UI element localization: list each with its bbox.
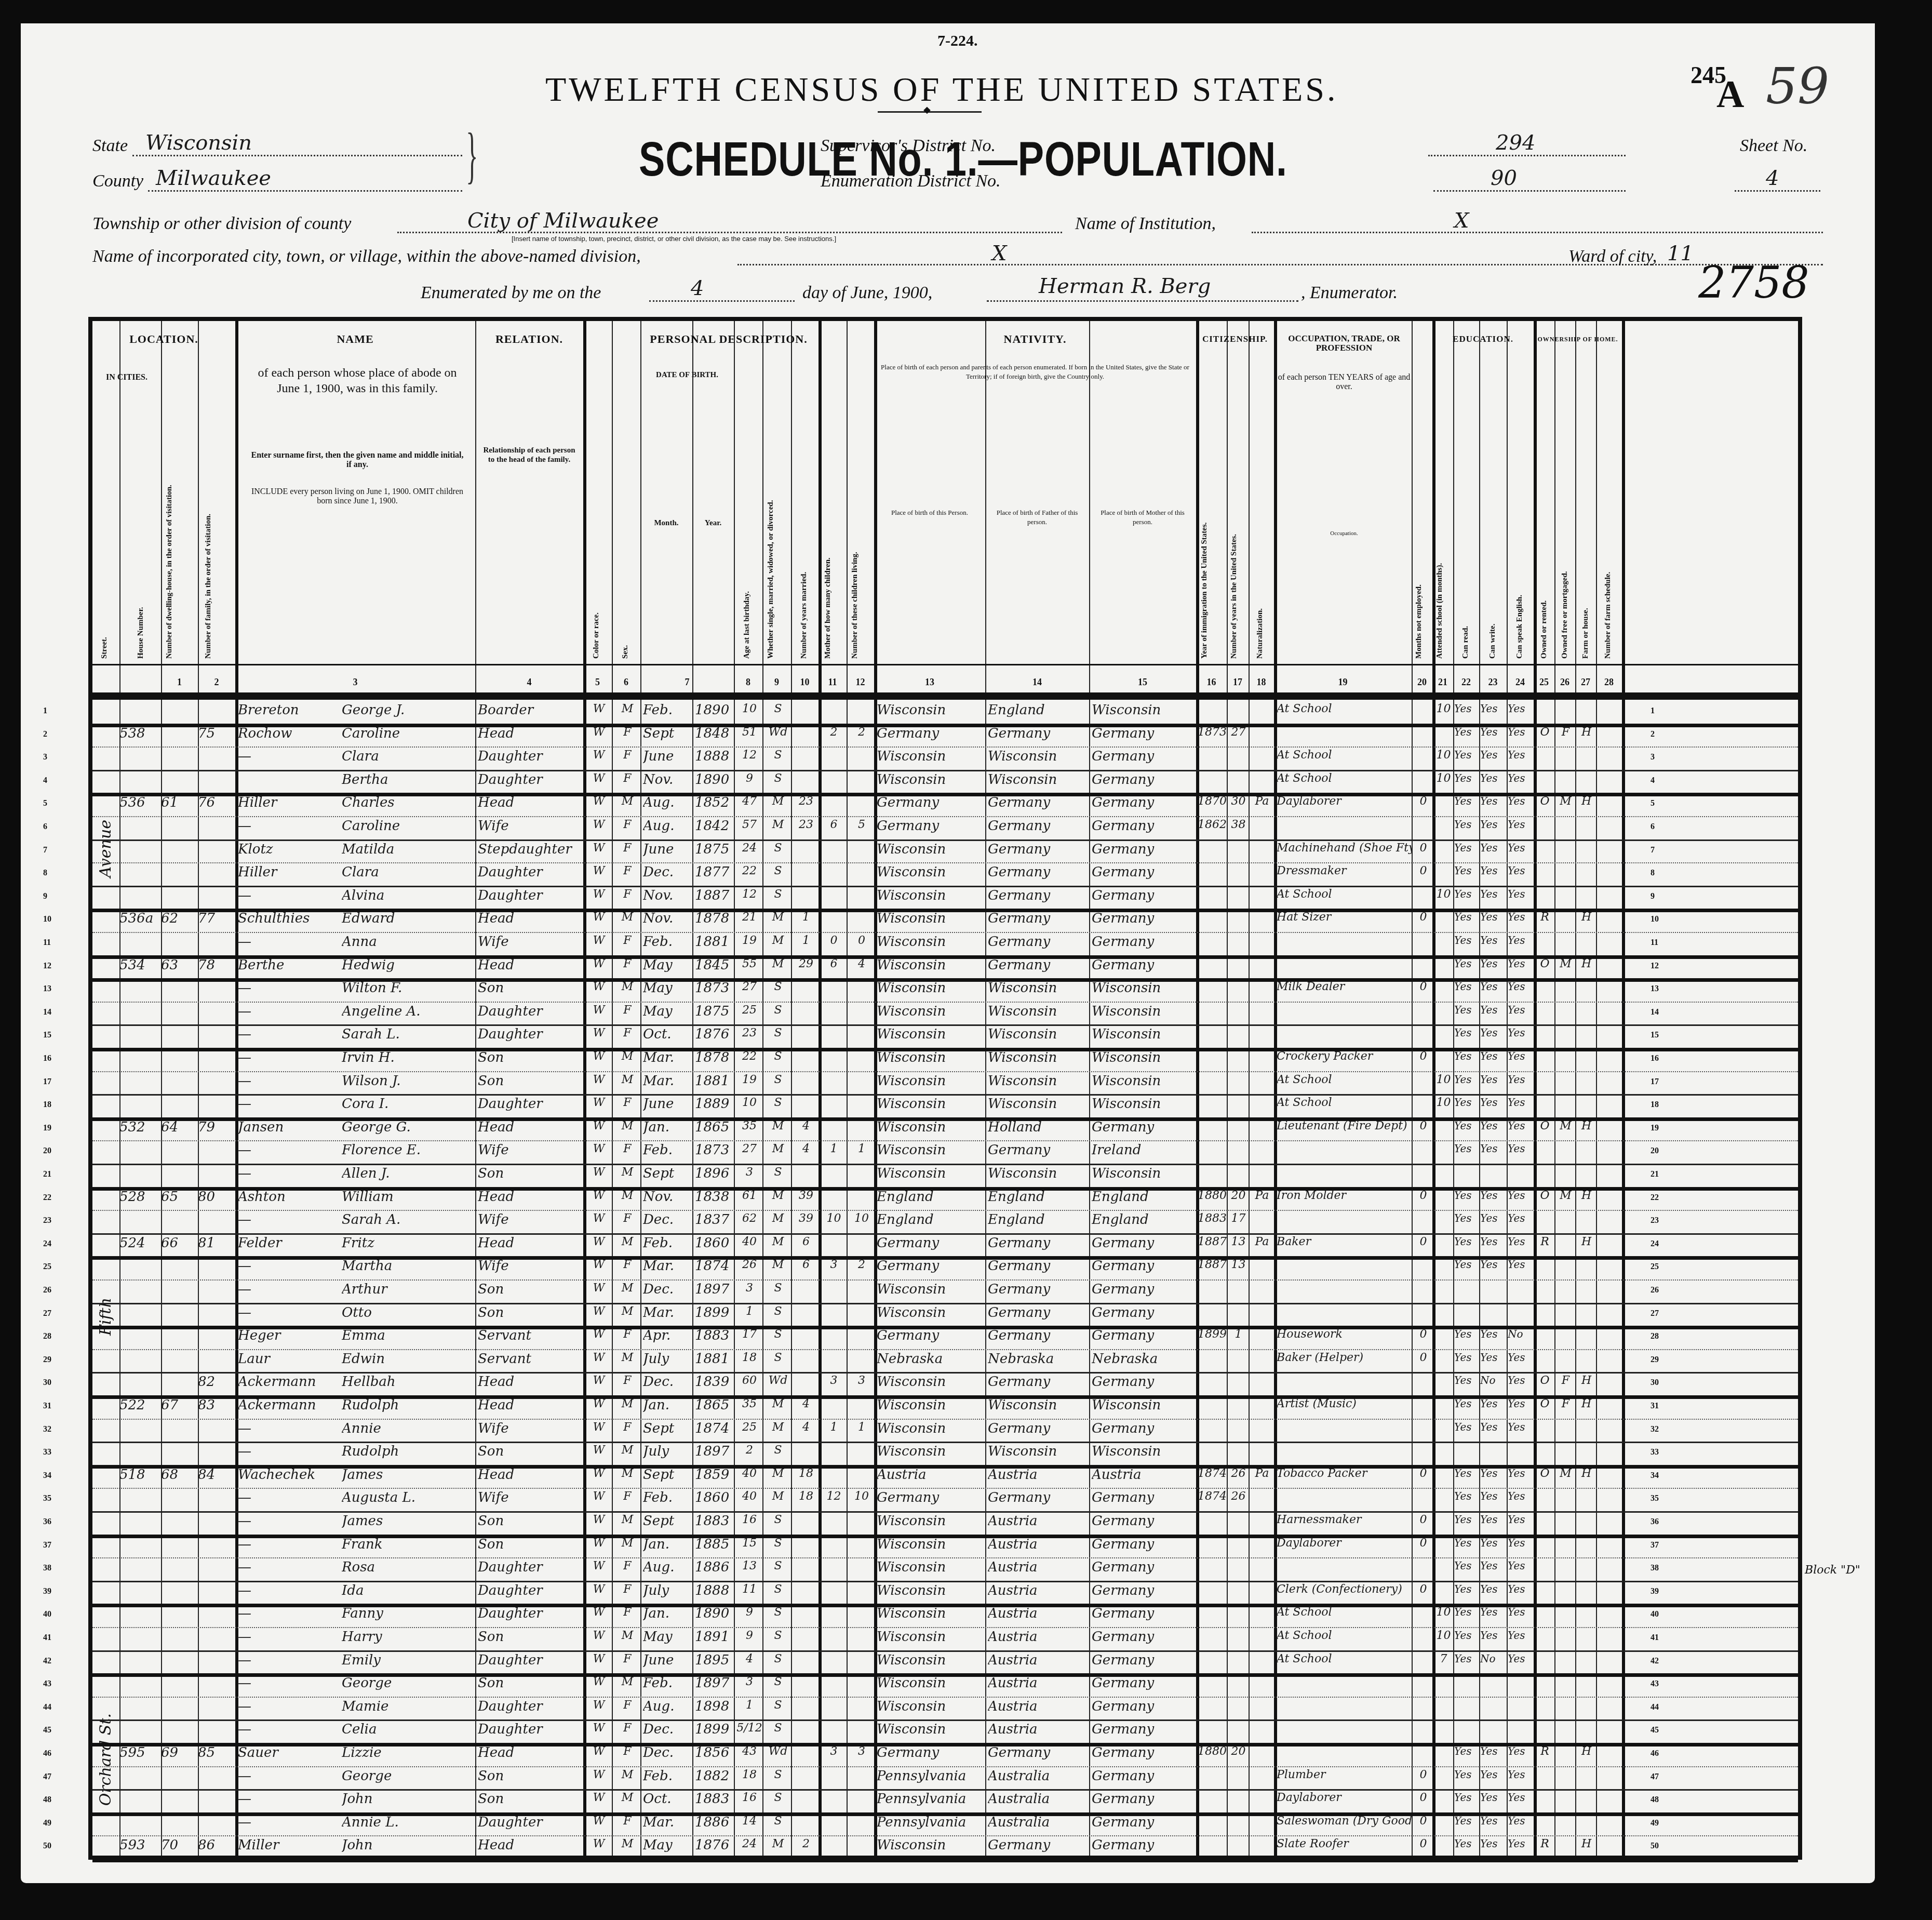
cell-pobm[interactable]: Germany xyxy=(1092,1791,1196,1807)
state-field[interactable]: Wisconsin xyxy=(145,131,252,155)
cell-mc[interactable]: 6 xyxy=(821,957,847,970)
cell-age[interactable]: 24 xyxy=(736,1837,762,1850)
cell-pobf[interactable]: Austria xyxy=(988,1537,1089,1552)
cell-farm[interactable]: H xyxy=(1577,957,1596,970)
cell-mar[interactable]: S xyxy=(765,1328,791,1341)
cell-own[interactable]: R xyxy=(1535,911,1554,924)
cell-year[interactable]: 1881 xyxy=(695,934,734,950)
cell-surname[interactable]: — xyxy=(238,1768,342,1784)
cell-wr[interactable]: Yes xyxy=(1480,772,1507,784)
cell-age[interactable]: 16 xyxy=(736,1513,762,1526)
cell-rel[interactable]: Head xyxy=(478,1467,583,1483)
cell-pobm[interactable]: Germany xyxy=(1092,1258,1196,1274)
cell-pobm[interactable]: Ireland xyxy=(1092,1142,1196,1158)
cell-rel[interactable]: Daughter xyxy=(478,1583,583,1598)
cell-age[interactable]: 35 xyxy=(736,1119,762,1132)
cell-age[interactable]: 12 xyxy=(736,749,762,762)
cell-sex[interactable]: M xyxy=(614,1537,640,1550)
cell-pob[interactable]: Wisconsin xyxy=(877,1699,985,1714)
sheet-field[interactable]: 4 xyxy=(1766,166,1779,190)
cell-wr[interactable]: Yes xyxy=(1480,1073,1507,1086)
cell-mar[interactable]: M xyxy=(765,957,791,970)
cell-surname[interactable]: — xyxy=(238,1305,342,1321)
cell-age[interactable]: 10 xyxy=(736,702,762,715)
cell-pobm[interactable]: Germany xyxy=(1092,888,1196,903)
enumerated-day-field[interactable]: 4 xyxy=(691,276,704,300)
cell-dw[interactable]: 62 xyxy=(161,911,198,926)
cell-farm[interactable]: H xyxy=(1577,1837,1596,1850)
cell-month[interactable]: Sept xyxy=(643,1513,692,1529)
cell-age[interactable]: 4 xyxy=(736,1652,762,1665)
cell-sex[interactable]: F xyxy=(614,1004,640,1017)
cell-color[interactable]: W xyxy=(586,1490,612,1503)
cell-surname[interactable]: — xyxy=(238,1212,342,1228)
cell-wr[interactable]: Yes xyxy=(1480,1026,1507,1039)
cell-rd[interactable]: Yes xyxy=(1454,1258,1479,1271)
cell-pobf[interactable]: Germany xyxy=(988,911,1089,926)
cell-occ[interactable]: Daylaborer xyxy=(1277,1791,1412,1804)
cell-pob[interactable]: Wisconsin xyxy=(877,1513,985,1529)
cell-pobf[interactable]: Germany xyxy=(988,1328,1089,1343)
cell-given[interactable]: John xyxy=(342,1791,475,1807)
township-field[interactable]: City of Milwaukee xyxy=(467,209,659,233)
cell-unemp[interactable]: 0 xyxy=(1414,1791,1432,1804)
cell-ym[interactable]: 2 xyxy=(794,1837,819,1850)
cell-pobf[interactable]: Germany xyxy=(988,842,1089,857)
cell-wr[interactable]: Yes xyxy=(1480,1467,1507,1479)
cell-own[interactable]: O xyxy=(1535,1397,1554,1410)
cell-fam[interactable]: 82 xyxy=(198,1374,235,1390)
cell-given[interactable]: Augusta L. xyxy=(342,1490,475,1505)
cell-wr[interactable]: Yes xyxy=(1480,1351,1507,1364)
cell-pobf[interactable]: Germany xyxy=(988,1258,1089,1274)
cell-given[interactable]: Annie xyxy=(342,1421,475,1436)
cell-rd[interactable]: Yes xyxy=(1454,1397,1479,1410)
cell-age[interactable]: 18 xyxy=(736,1351,762,1364)
cell-month[interactable]: May xyxy=(643,1837,692,1853)
cell-pobf[interactable]: Germany xyxy=(988,818,1089,834)
cell-rel[interactable]: Head xyxy=(478,1374,583,1390)
cell-surname[interactable]: — xyxy=(238,1444,342,1459)
cell-year[interactable]: 1886 xyxy=(695,1815,734,1830)
cell-wr[interactable]: No xyxy=(1480,1652,1507,1665)
cell-month[interactable]: Apr. xyxy=(643,1328,692,1343)
cell-wr[interactable]: Yes xyxy=(1480,702,1507,715)
cell-unemp[interactable]: 0 xyxy=(1414,1235,1432,1248)
cell-en[interactable]: Yes xyxy=(1508,1768,1534,1781)
cell-pobf[interactable]: Nebraska xyxy=(988,1351,1089,1367)
cell-month[interactable]: Feb. xyxy=(643,1675,692,1691)
cell-occ[interactable]: Iron Molder xyxy=(1277,1189,1412,1202)
cell-pobf[interactable]: Germany xyxy=(988,934,1089,950)
cell-rd[interactable]: Yes xyxy=(1454,818,1479,831)
cell-given[interactable]: Clara xyxy=(342,864,475,880)
cell-given[interactable]: George J. xyxy=(342,702,475,718)
cell-pobm[interactable]: Austria xyxy=(1092,1467,1196,1483)
cell-rel[interactable]: Head xyxy=(478,1189,583,1205)
cell-surname[interactable]: — xyxy=(238,1791,342,1807)
cell-mar[interactable]: M xyxy=(765,934,791,947)
cell-surname[interactable]: Jansen xyxy=(238,1119,342,1135)
cell-rd[interactable]: Yes xyxy=(1454,1096,1479,1109)
cell-dw[interactable]: 69 xyxy=(161,1745,198,1761)
cell-month[interactable]: July xyxy=(643,1583,692,1598)
cell-wr[interactable]: Yes xyxy=(1480,1328,1507,1340)
cell-given[interactable]: Emma xyxy=(342,1328,475,1343)
cell-sex[interactable]: M xyxy=(614,1768,640,1781)
cell-sex[interactable]: F xyxy=(614,1328,640,1341)
cell-color[interactable]: W xyxy=(586,1282,612,1295)
cell-rel[interactable]: Son xyxy=(478,1768,583,1784)
cell-rel[interactable]: Head xyxy=(478,795,583,810)
cell-wr[interactable]: Yes xyxy=(1480,1142,1507,1155)
cell-unemp[interactable]: 0 xyxy=(1414,1351,1432,1364)
cell-pobm[interactable]: Wisconsin xyxy=(1092,702,1196,718)
cell-imm[interactable]: 1887 xyxy=(1198,1235,1227,1248)
cell-surname[interactable]: — xyxy=(238,1699,342,1714)
cell-mc[interactable]: 0 xyxy=(821,934,847,947)
cell-cl[interactable]: 0 xyxy=(849,934,874,947)
cell-unemp[interactable]: 0 xyxy=(1414,1768,1432,1781)
cell-color[interactable]: W xyxy=(586,1397,612,1410)
cell-month[interactable]: Feb. xyxy=(643,1142,692,1158)
cell-rd[interactable]: Yes xyxy=(1454,1791,1479,1804)
cell-house[interactable]: 595 xyxy=(119,1745,161,1761)
cell-given[interactable]: Florence E. xyxy=(342,1142,475,1158)
cell-wr[interactable]: Yes xyxy=(1480,980,1507,993)
cell-rel[interactable]: Wife xyxy=(478,1212,583,1228)
cell-year[interactable]: 1881 xyxy=(695,1073,734,1089)
cell-ym[interactable]: 1 xyxy=(794,911,819,924)
cell-color[interactable]: W xyxy=(586,1444,612,1457)
cell-surname[interactable]: — xyxy=(238,1652,342,1668)
cell-pobf[interactable]: Wisconsin xyxy=(988,772,1089,788)
cell-occ[interactable]: Tobacco Packer xyxy=(1277,1467,1412,1480)
cell-en[interactable]: Yes xyxy=(1508,911,1534,923)
cell-month[interactable]: Dec. xyxy=(643,864,692,880)
cell-pob[interactable]: Wisconsin xyxy=(877,1305,985,1321)
cell-color[interactable]: W xyxy=(586,1305,612,1318)
cell-pob[interactable]: Pennsylvania xyxy=(877,1791,985,1807)
cell-en[interactable]: Yes xyxy=(1508,1096,1534,1109)
cell-month[interactable]: June xyxy=(643,749,692,764)
cell-wr[interactable]: Yes xyxy=(1480,1004,1507,1016)
cell-dw[interactable]: 61 xyxy=(161,795,198,810)
cell-color[interactable]: W xyxy=(586,1258,612,1271)
cell-rd[interactable]: Yes xyxy=(1454,1768,1479,1781)
cell-house[interactable]: 538 xyxy=(119,726,161,741)
cell-en[interactable]: Yes xyxy=(1508,1374,1534,1386)
cell-imm[interactable]: 1862 xyxy=(1198,818,1227,831)
cell-month[interactable]: Oct. xyxy=(643,1791,692,1807)
cell-rel[interactable]: Son xyxy=(478,1166,583,1181)
cell-fam[interactable]: 77 xyxy=(198,911,235,926)
cell-own[interactable]: O xyxy=(1535,1119,1554,1132)
cell-mar[interactable]: M xyxy=(765,911,791,924)
cell-pobm[interactable]: Wisconsin xyxy=(1092,980,1196,996)
cell-given[interactable]: George xyxy=(342,1675,475,1691)
cell-year[interactable]: 1881 xyxy=(695,1351,734,1367)
cell-ym[interactable]: 18 xyxy=(794,1490,819,1503)
cell-pobm[interactable]: Germany xyxy=(1092,842,1196,857)
cell-surname[interactable]: — xyxy=(238,1537,342,1552)
cell-mar[interactable]: S xyxy=(765,1513,791,1526)
cell-month[interactable]: June xyxy=(643,1652,692,1668)
cell-mar[interactable]: M xyxy=(765,1258,791,1271)
cell-given[interactable]: Arthur xyxy=(342,1282,475,1297)
cell-sex[interactable]: M xyxy=(614,795,640,808)
cell-sex[interactable]: F xyxy=(614,818,640,831)
cell-pobm[interactable]: Germany xyxy=(1092,1815,1196,1830)
cell-pobf[interactable]: Austria xyxy=(988,1559,1089,1575)
cell-sex[interactable]: F xyxy=(614,1096,640,1109)
cell-farm[interactable]: H xyxy=(1577,1745,1596,1758)
cell-occ[interactable]: Dressmaker xyxy=(1277,864,1412,877)
cell-age[interactable]: 2 xyxy=(736,1444,762,1457)
cell-rd[interactable]: Yes xyxy=(1454,864,1479,877)
cell-en[interactable]: Yes xyxy=(1508,1050,1534,1062)
cell-pobm[interactable]: Germany xyxy=(1092,934,1196,950)
cell-sex[interactable]: M xyxy=(614,702,640,715)
cell-fam[interactable]: 85 xyxy=(198,1745,235,1761)
cell-year[interactable]: 1888 xyxy=(695,1583,734,1598)
cell-year[interactable]: 1860 xyxy=(695,1235,734,1251)
cell-en[interactable]: Yes xyxy=(1508,1815,1534,1827)
cell-surname[interactable]: Rochow xyxy=(238,726,342,741)
cell-pobm[interactable]: Germany xyxy=(1092,749,1196,764)
cell-occ[interactable]: Artist (Music) xyxy=(1277,1397,1412,1410)
cell-dw[interactable]: 66 xyxy=(161,1235,198,1251)
cell-mar[interactable]: M xyxy=(765,1837,791,1850)
cell-color[interactable]: W xyxy=(586,772,612,785)
cell-month[interactable]: Sept xyxy=(643,726,692,741)
cell-color[interactable]: W xyxy=(586,1026,612,1039)
cell-surname[interactable]: — xyxy=(238,1513,342,1529)
cell-color[interactable]: W xyxy=(586,1722,612,1735)
cell-sex[interactable]: M xyxy=(614,1305,640,1318)
cell-age[interactable]: 51 xyxy=(736,726,762,739)
cell-color[interactable]: W xyxy=(586,1351,612,1364)
cell-pobf[interactable]: Germany xyxy=(988,1235,1089,1251)
cell-en[interactable]: Yes xyxy=(1508,818,1534,831)
cell-cl[interactable]: 3 xyxy=(849,1374,874,1387)
cell-color[interactable]: W xyxy=(586,1537,612,1550)
cell-rel[interactable]: Head xyxy=(478,957,583,973)
cell-occ[interactable]: At School xyxy=(1277,888,1412,901)
cell-given[interactable]: Hellbah xyxy=(342,1374,475,1390)
cell-surname[interactable]: Felder xyxy=(238,1235,342,1251)
cell-house[interactable]: 536 xyxy=(119,795,161,810)
cell-age[interactable]: 61 xyxy=(736,1189,762,1202)
cell-farm[interactable]: H xyxy=(1577,1189,1596,1202)
cell-mar[interactable]: M xyxy=(765,1490,791,1503)
cell-pob[interactable]: Wisconsin xyxy=(877,1050,985,1065)
cell-imm[interactable]: 1880 xyxy=(1198,1745,1227,1758)
cell-pobm[interactable]: Germany xyxy=(1092,1559,1196,1575)
cell-rel[interactable]: Head xyxy=(478,1837,583,1853)
cell-pob[interactable]: Wisconsin xyxy=(877,1096,985,1112)
cell-en[interactable]: Yes xyxy=(1508,749,1534,761)
cell-pobf[interactable]: Holland xyxy=(988,1119,1089,1135)
cell-mar[interactable]: S xyxy=(765,1444,791,1457)
cell-rd[interactable]: Yes xyxy=(1454,1235,1479,1248)
cell-color[interactable]: W xyxy=(586,1837,612,1850)
cell-en[interactable]: Yes xyxy=(1508,1212,1534,1224)
cell-rel[interactable]: Son xyxy=(478,1791,583,1807)
cell-unemp[interactable]: 0 xyxy=(1414,864,1432,877)
cell-age[interactable]: 40 xyxy=(736,1490,762,1503)
cell-surname[interactable]: — xyxy=(238,1142,342,1158)
cell-month[interactable]: Mar. xyxy=(643,1258,692,1274)
cell-given[interactable]: Martha xyxy=(342,1258,475,1274)
cell-en[interactable]: Yes xyxy=(1508,702,1534,715)
cell-pob[interactable]: Wisconsin xyxy=(877,1026,985,1042)
cell-month[interactable]: Dec. xyxy=(643,1282,692,1297)
cell-en[interactable]: Yes xyxy=(1508,1652,1534,1665)
cell-month[interactable]: Jan. xyxy=(643,1537,692,1552)
cell-pobf[interactable]: Austria xyxy=(988,1467,1089,1483)
cell-given[interactable]: Edward xyxy=(342,911,475,926)
cell-pob[interactable]: Wisconsin xyxy=(877,934,985,950)
cell-rd[interactable]: Yes xyxy=(1454,1537,1479,1549)
cell-color[interactable]: W xyxy=(586,1652,612,1665)
cell-dw[interactable]: 70 xyxy=(161,1837,198,1853)
cell-rel[interactable]: Head xyxy=(478,1235,583,1251)
incorporated-field[interactable]: X xyxy=(992,242,1007,265)
cell-surname[interactable]: Hiller xyxy=(238,864,342,880)
cell-en[interactable]: Yes xyxy=(1508,1467,1534,1479)
cell-dw[interactable]: 67 xyxy=(161,1397,198,1413)
cell-year[interactable]: 1897 xyxy=(695,1282,734,1297)
cell-rd[interactable]: Yes xyxy=(1454,1119,1479,1132)
cell-age[interactable]: 3 xyxy=(736,1675,762,1688)
cell-month[interactable]: Aug. xyxy=(643,1559,692,1575)
cell-own[interactable]: O xyxy=(1535,1467,1554,1480)
cell-age[interactable]: 40 xyxy=(736,1235,762,1248)
cell-age[interactable]: 16 xyxy=(736,1791,762,1804)
cell-color[interactable]: W xyxy=(586,818,612,831)
cell-mar[interactable]: S xyxy=(765,1583,791,1596)
cell-rel[interactable]: Head xyxy=(478,1397,583,1413)
enumerator-name-field[interactable]: Herman R. Berg xyxy=(1039,274,1211,298)
cell-pobm[interactable]: Germany xyxy=(1092,1722,1196,1737)
cell-fam[interactable]: 83 xyxy=(198,1397,235,1413)
cell-own[interactable]: R xyxy=(1535,1837,1554,1850)
cell-fam[interactable]: 79 xyxy=(198,1119,235,1135)
cell-en[interactable]: Yes xyxy=(1508,1351,1534,1364)
cell-pob[interactable]: Wisconsin xyxy=(877,1374,985,1390)
cell-ym[interactable]: 23 xyxy=(794,795,819,808)
cell-rd[interactable]: Yes xyxy=(1454,1189,1479,1202)
cell-mar[interactable]: S xyxy=(765,772,791,785)
cell-wr[interactable]: Yes xyxy=(1480,934,1507,946)
cell-cl[interactable]: 5 xyxy=(849,818,874,831)
cell-pobm[interactable]: Germany xyxy=(1092,1745,1196,1761)
cell-month[interactable]: July xyxy=(643,1444,692,1459)
cell-sex[interactable]: F xyxy=(614,888,640,901)
cell-rd[interactable]: Yes xyxy=(1454,911,1479,923)
cell-sex[interactable]: M xyxy=(614,1467,640,1480)
cell-rel[interactable]: Daughter xyxy=(478,772,583,788)
cell-mc[interactable]: 3 xyxy=(821,1745,847,1758)
cell-free[interactable]: M xyxy=(1556,1467,1575,1480)
cell-pobm[interactable]: Germany xyxy=(1092,1374,1196,1390)
cell-wr[interactable]: Yes xyxy=(1480,818,1507,831)
cell-occ[interactable]: Baker xyxy=(1277,1235,1412,1248)
cell-pobm[interactable]: Germany xyxy=(1092,1328,1196,1343)
cell-rel[interactable]: Daughter xyxy=(478,1606,583,1621)
cell-pobf[interactable]: Germany xyxy=(988,726,1089,741)
cell-occ[interactable]: At School xyxy=(1277,1606,1412,1619)
cell-month[interactable]: Aug. xyxy=(643,795,692,810)
cell-unemp[interactable]: 0 xyxy=(1414,1815,1432,1828)
cell-pobm[interactable]: Germany xyxy=(1092,957,1196,973)
cell-year[interactable]: 1878 xyxy=(695,1050,734,1065)
cell-month[interactable]: May xyxy=(643,1004,692,1019)
cell-year[interactable]: 1878 xyxy=(695,911,734,926)
cell-rel[interactable]: Daughter xyxy=(478,1096,583,1112)
cell-rel[interactable]: Daughter xyxy=(478,1652,583,1668)
cell-pob[interactable]: Wisconsin xyxy=(877,772,985,788)
cell-surname[interactable]: — xyxy=(238,1722,342,1737)
cell-color[interactable]: W xyxy=(586,1050,612,1063)
cell-fam[interactable]: 78 xyxy=(198,957,235,973)
cell-en[interactable]: Yes xyxy=(1508,726,1534,738)
cell-age[interactable]: 17 xyxy=(736,1328,762,1341)
cell-pobm[interactable]: Wisconsin xyxy=(1092,1397,1196,1413)
cell-month[interactable]: Jan. xyxy=(643,1606,692,1621)
cell-color[interactable]: W xyxy=(586,1745,612,1758)
cell-pobm[interactable]: England xyxy=(1092,1189,1196,1205)
cell-surname[interactable]: — xyxy=(238,1096,342,1112)
cell-age[interactable]: 60 xyxy=(736,1374,762,1387)
cell-color[interactable]: W xyxy=(586,1073,612,1086)
cell-pobm[interactable]: Germany xyxy=(1092,1119,1196,1135)
cell-year[interactable]: 1837 xyxy=(695,1212,734,1228)
cell-mar[interactable]: S xyxy=(765,1722,791,1735)
cell-rd[interactable]: Yes xyxy=(1454,934,1479,946)
cell-pob[interactable]: Wisconsin xyxy=(877,1166,985,1181)
cell-en[interactable]: Yes xyxy=(1508,1421,1534,1433)
cell-pobf[interactable]: Austria xyxy=(988,1513,1089,1529)
cell-rd[interactable]: Yes xyxy=(1454,1374,1479,1386)
cell-en[interactable]: Yes xyxy=(1508,842,1534,854)
cell-cl[interactable]: 2 xyxy=(849,726,874,739)
cell-month[interactable]: Mar. xyxy=(643,1305,692,1321)
cell-en[interactable]: Yes xyxy=(1508,1606,1534,1618)
cell-mar[interactable]: S xyxy=(765,1791,791,1804)
cell-color[interactable]: W xyxy=(586,1119,612,1132)
cell-wr[interactable]: Yes xyxy=(1480,1629,1507,1642)
cell-color[interactable]: W xyxy=(586,1629,612,1642)
cell-occ[interactable]: Harnessmaker xyxy=(1277,1513,1412,1526)
cell-year[interactable]: 1860 xyxy=(695,1490,734,1505)
cell-farm[interactable]: H xyxy=(1577,1119,1596,1132)
cell-imm[interactable]: 1880 xyxy=(1198,1189,1227,1202)
cell-pob[interactable]: Wisconsin xyxy=(877,980,985,996)
cell-sex[interactable]: F xyxy=(614,1652,640,1665)
cell-sch[interactable]: 10 xyxy=(1434,702,1453,715)
cell-free[interactable]: M xyxy=(1556,1119,1575,1132)
cell-given[interactable]: Cora I. xyxy=(342,1096,475,1112)
cell-rel[interactable]: Servant xyxy=(478,1351,583,1367)
cell-given[interactable]: Rosa xyxy=(342,1559,475,1575)
cell-wr[interactable]: Yes xyxy=(1480,1768,1507,1781)
cell-year[interactable]: 1891 xyxy=(695,1629,734,1645)
cell-surname[interactable]: Ashton xyxy=(238,1189,342,1205)
cell-pob[interactable]: Wisconsin xyxy=(877,1119,985,1135)
cell-pobm[interactable]: Germany xyxy=(1092,772,1196,788)
